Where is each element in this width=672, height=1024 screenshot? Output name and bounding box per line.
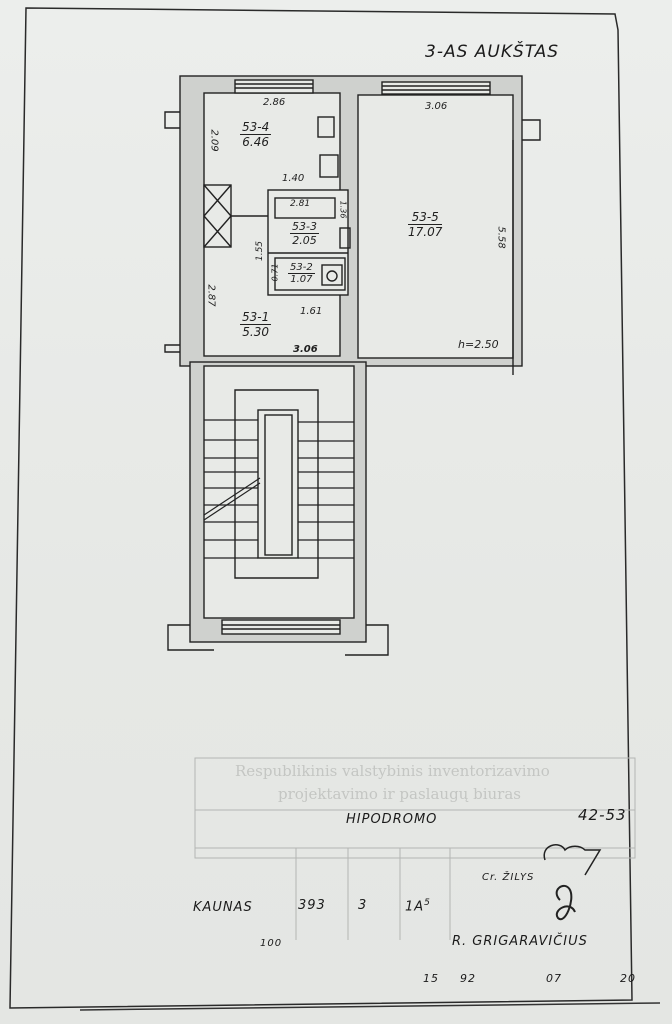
checker-name: Cr. ŽILYS [482, 872, 534, 883]
room-53-5-label: 53-5 17.07 [408, 210, 442, 239]
author-name: R. GRIGARAVIČIUS [452, 934, 588, 949]
house-flat-number: 42-53 [578, 806, 627, 824]
room-53-1-label: 53-1 5.30 [240, 310, 271, 339]
scale: 100 [260, 938, 282, 949]
date-month: 07 [546, 972, 562, 985]
room-53-2-label: 53-2 1.07 [288, 262, 315, 285]
dim: 1.61 [300, 306, 322, 317]
dim: 2.81 [290, 199, 310, 209]
room-area: 6.46 [240, 135, 271, 149]
room-53-4-label: 53-4 6.46 [240, 120, 271, 149]
dim: 1.36 [338, 201, 347, 219]
dim: 2.09 [209, 129, 220, 151]
date-day-2: 20 [620, 972, 636, 985]
stamp-line-2: projektavimo ir paslaugų biuras [278, 785, 521, 803]
code-1: 393 [298, 898, 326, 913]
dim: 2.86 [263, 97, 285, 108]
room-id: 53-4 [240, 120, 271, 135]
dim: 0.71 [270, 264, 279, 282]
city-name: KAUNAS [193, 900, 253, 915]
stamp-line-1: Respublikinis valstybinis inventorizavim… [235, 762, 550, 780]
dim: 5.58 [496, 226, 507, 248]
floor-title: 3-AS AUKŠTAS [425, 42, 559, 62]
room-53-3-label: 53-3 2.05 [290, 220, 319, 247]
code-2: 3 [358, 898, 367, 913]
ceiling-height: h=2.50 [458, 338, 499, 351]
date-year: 92 [460, 972, 476, 985]
dim: 3.06 [293, 344, 318, 355]
dim: 3.06 [425, 101, 447, 112]
dim: 1.40 [282, 173, 304, 184]
street-name: HIPODROMO [346, 812, 437, 827]
dim: 1.55 [255, 241, 265, 261]
floor-plan-drawing [0, 0, 672, 1024]
date-day: 15 [423, 972, 439, 985]
code-3: 1A5 [405, 898, 431, 914]
dim: 2.87 [206, 284, 217, 306]
